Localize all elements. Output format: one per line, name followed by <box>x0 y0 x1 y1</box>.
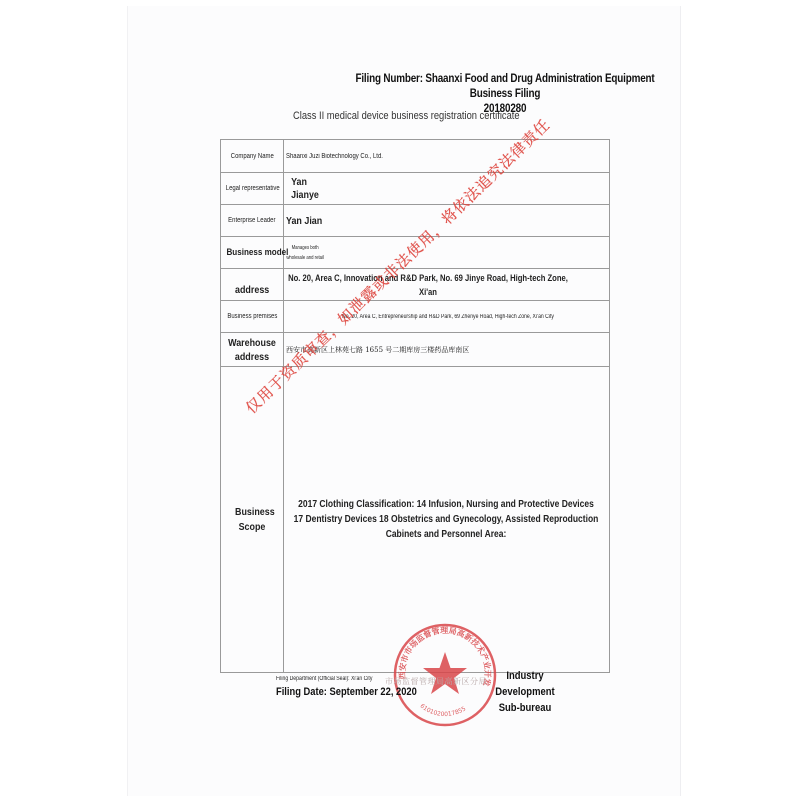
table-row: Company Name Shaanxi Juzi Biotechnology … <box>221 140 610 173</box>
label-business-model: Business model <box>221 237 284 269</box>
value-business-model: Manages both wholesale and retail <box>284 237 610 269</box>
value-address: No. 20, Area C, Innovation and R&D Park,… <box>284 269 610 301</box>
issuing-bureau: Industry Development Sub-bureau <box>478 668 573 716</box>
label-enterprise-leader: Enterprise Leader <box>221 205 284 237</box>
filing-number-line1: Filing Number: Shaanxi Food and Drug Adm… <box>355 72 656 102</box>
value-legal-representative: Yan Jianye <box>284 173 610 205</box>
table-row: Enterprise Leader Yan Jian <box>221 205 610 237</box>
table-row: Legal representative Yan Jianye <box>221 173 610 205</box>
table-row: address No. 20, Area C, Innovation and R… <box>221 269 610 301</box>
registration-table: Company Name Shaanxi Juzi Biotechnology … <box>220 139 610 673</box>
value-company-name: Shaanxi Juzi Biotechnology Co., Ltd. <box>284 140 610 173</box>
label-warehouse-address: Warehouse address <box>221 333 284 367</box>
label-legal-representative: Legal representative <box>221 173 284 205</box>
label-address: address <box>221 269 284 301</box>
bureau-line2: Sub-bureau <box>478 700 573 716</box>
certificate-title: Class II medical device business registr… <box>293 110 514 122</box>
bureau-line1: Industry Development <box>478 668 573 700</box>
svg-text:6101020017855: 6101020017855 <box>418 703 467 719</box>
table-row: Business premises No. 20, Area C, Entrep… <box>221 301 610 333</box>
filing-department: Filing Department (Official Seal): Xi'an… <box>276 676 372 682</box>
table-row: Warehouse address 西安市高新区上林苑七路 1655 号二期库房… <box>221 333 610 367</box>
label-company-name: Company Name <box>221 140 284 173</box>
label-business-premises: Business premises <box>221 301 284 333</box>
filing-date: Filing Date: September 22, 2020 <box>276 686 417 698</box>
